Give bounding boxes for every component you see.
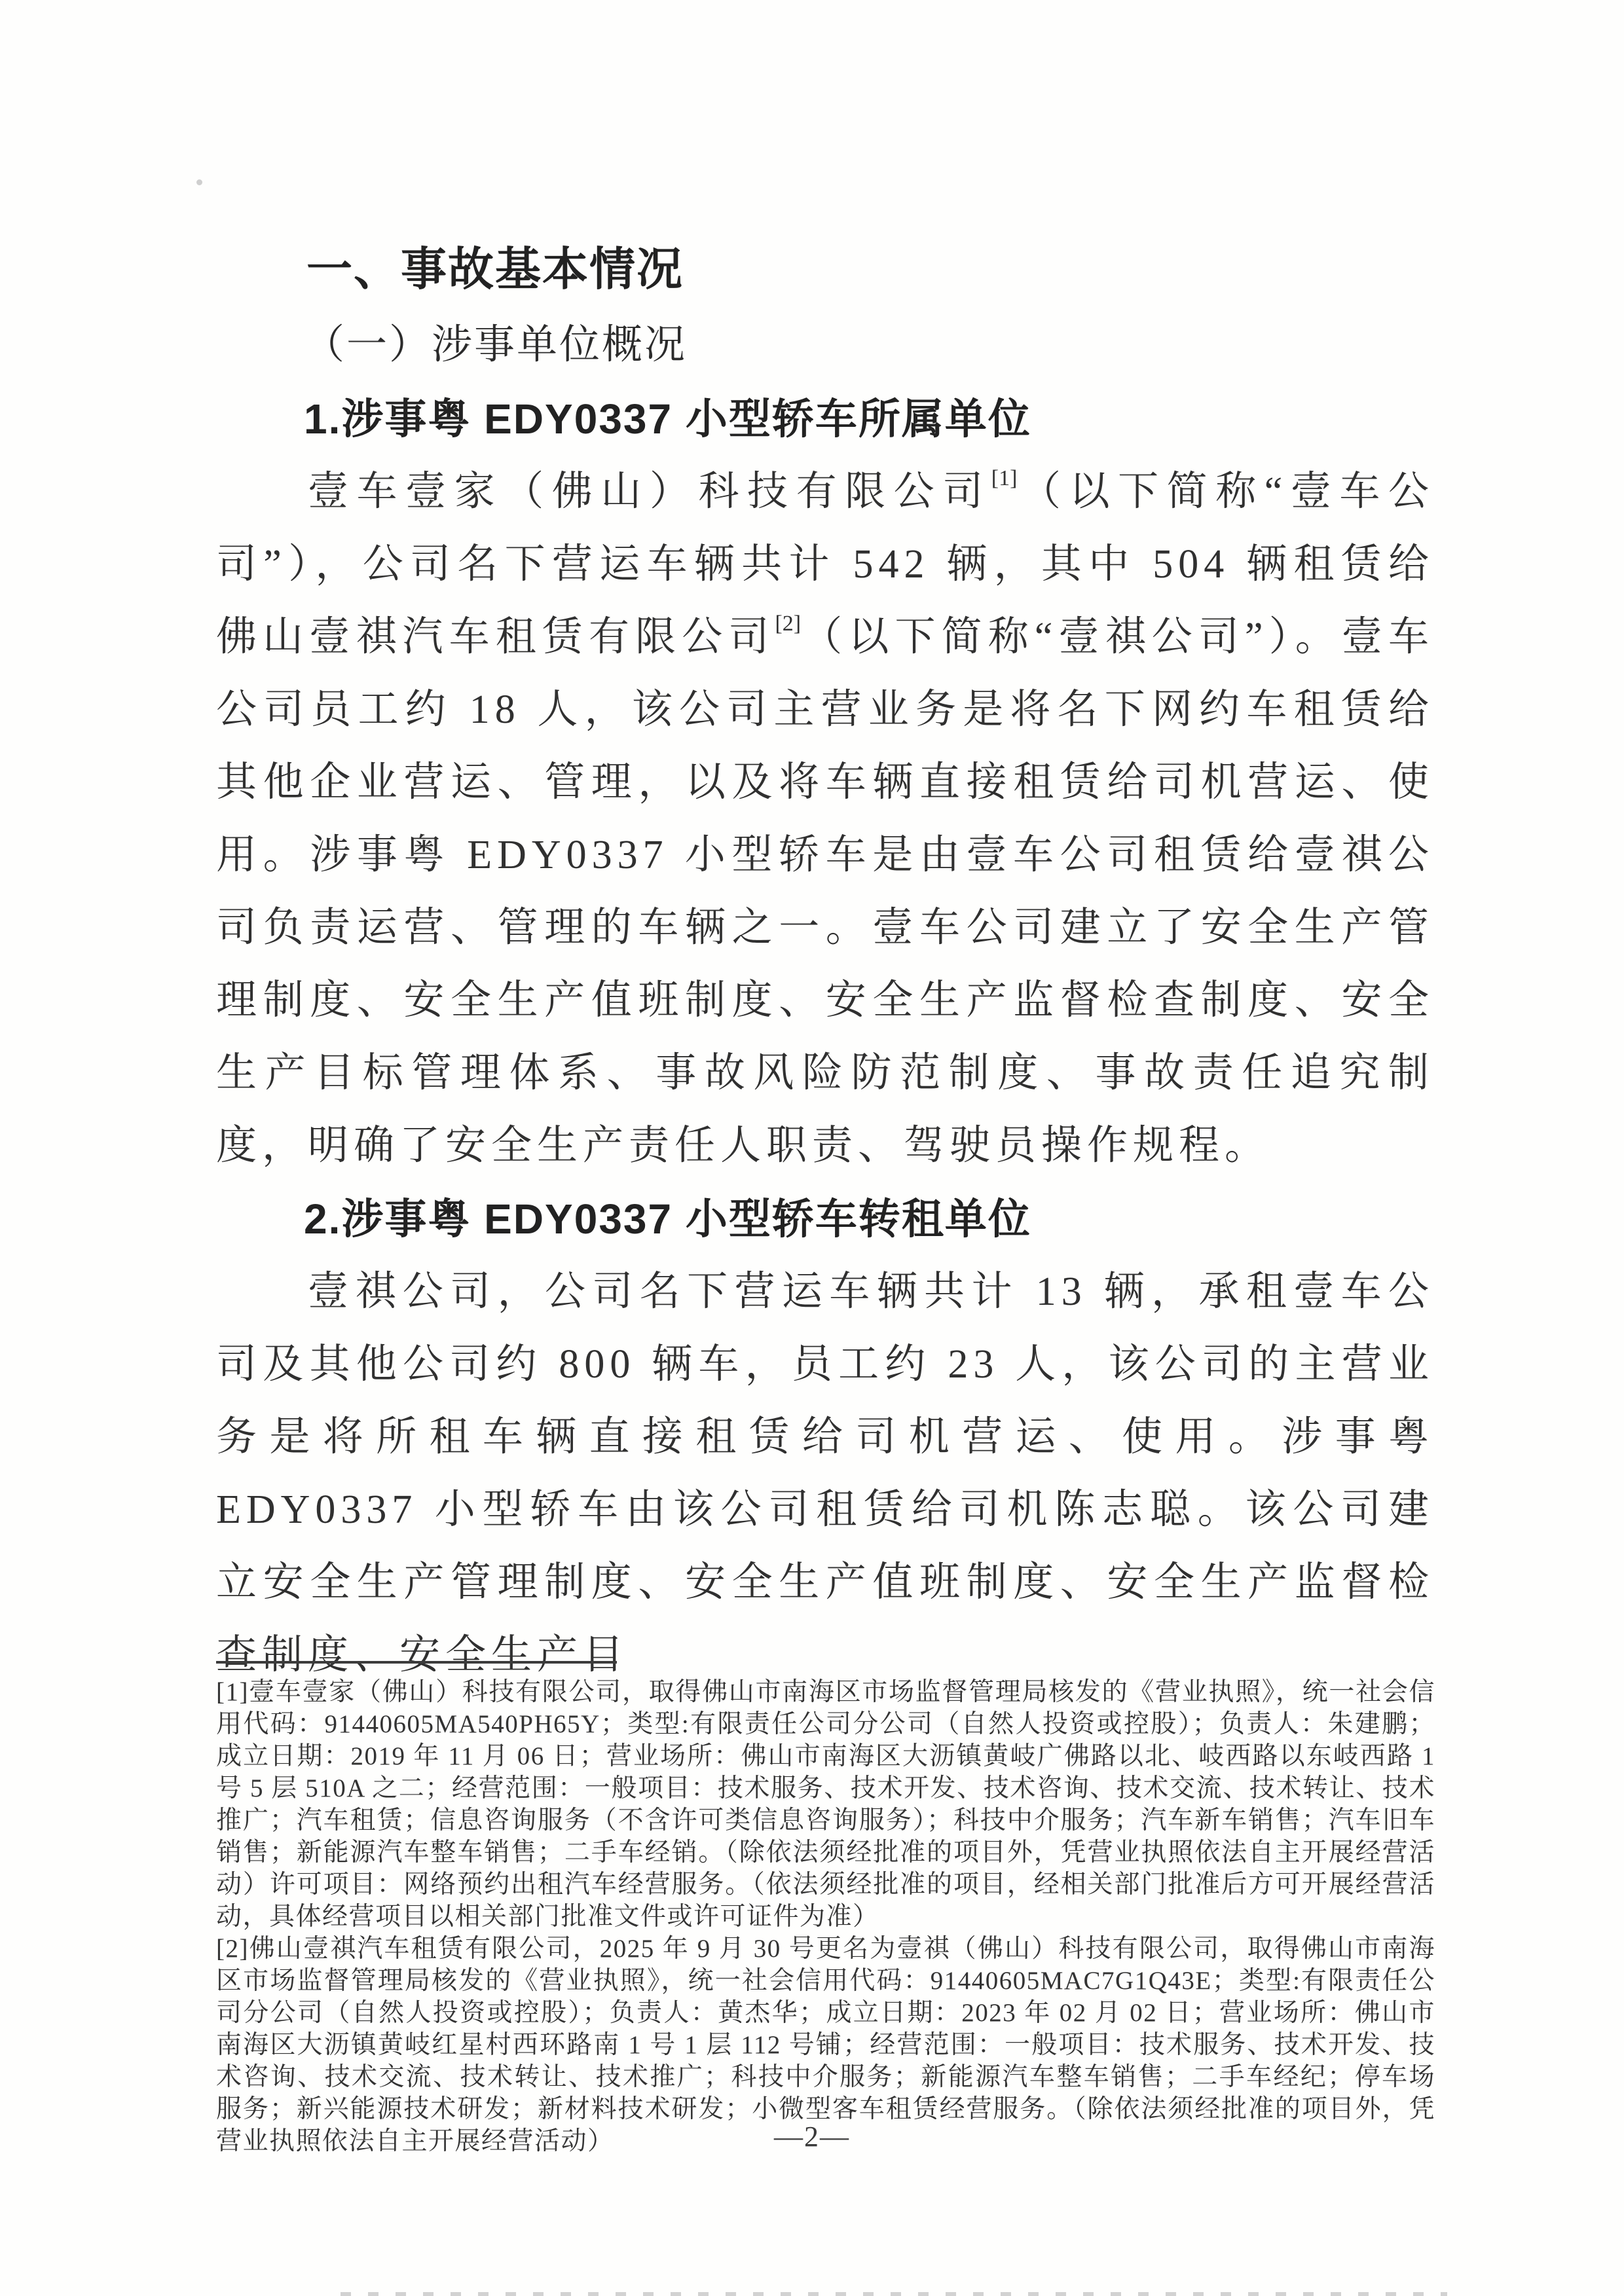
footnotes-section: [1]壹车壹家（佛山）科技有限公司，取得佛山市南海区市场监督管理局核发的《营业执…	[216, 1676, 1435, 2157]
scanned-document-page: 一、事故基本情况 （一）涉事单位概况 1.涉事粤 EDY0337 小型轿车所属单…	[0, 0, 1624, 2296]
unit1-heading: 1.涉事粤 EDY0337 小型轿车所属单位	[216, 382, 1434, 456]
scan-artifact-bleed-through	[341, 2292, 1447, 2296]
paragraph-unit1: 壹车壹家（佛山）科技有限公司[1]（以下简称“壹车公司”），公司名下营运车辆共计…	[216, 456, 1434, 1182]
unit2-heading: 2.涉事粤 EDY0337 小型轿车转租单位	[216, 1182, 1434, 1256]
footnote-1: [1]壹车壹家（佛山）科技有限公司，取得佛山市南海区市场监督管理局核发的《营业执…	[216, 1676, 1435, 1933]
scan-artifact-speck	[196, 179, 202, 185]
subsection-heading: （一）涉事单位概况	[216, 308, 1434, 382]
text-run: 壹车壹家（佛山）科技有限公司	[308, 469, 991, 514]
paragraph-unit2: 壹祺公司，公司名下营运车辆共计 13 辆，承租壹车公司及其他公司约 800 辆车…	[216, 1256, 1434, 1692]
section-heading: 一、事故基本情况	[216, 230, 1434, 308]
text-run: （以下简称“壹祺公司”）。壹车公司员工约 18 人，该公司主营业务是将名下网约车…	[216, 615, 1434, 1168]
footnote-ref-2: [2]	[775, 611, 801, 636]
footnote-ref-1: [1]	[991, 466, 1018, 490]
page-number: —2—	[0, 2120, 1624, 2153]
page-content: 一、事故基本情况 （一）涉事单位概况 1.涉事粤 EDY0337 小型轿车所属单…	[216, 230, 1434, 1692]
footnote-separator-line	[216, 1661, 617, 1664]
